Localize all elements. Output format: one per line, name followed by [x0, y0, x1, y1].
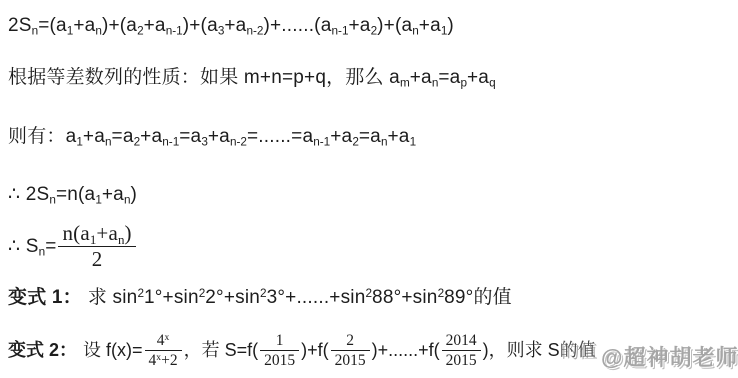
variation-1-line: 变式 1：求 sin21°+sin22°+sin23°+......+sin28… — [8, 287, 512, 309]
sn-fraction-denominator: 2 — [88, 247, 107, 271]
sn-formula-prefix: ∴ Sn= — [8, 236, 56, 258]
fraction-2014-numerator: 2014 — [442, 332, 481, 351]
fraction-1-numerator: 1 — [260, 332, 299, 351]
fx-definition-fraction: 4x 4x+2 — [145, 332, 182, 369]
formula-2sn-expansion: 2Sn=(a1+an)+(a2+an-1)+(a3+an-2)+......(a… — [8, 15, 454, 37]
variation-1-body: 求 sin21°+sin22°+sin23°+......+sin288°+si… — [88, 287, 512, 308]
fraction-2-denominator: 2015 — [331, 351, 370, 369]
fraction-1-denominator: 2015 — [260, 351, 299, 369]
variation-2-if-segment: ，若 S=f( — [184, 340, 259, 361]
fx-fraction-numerator: 4x — [145, 332, 182, 351]
sn-fraction-numerator: n(a1+an) — [58, 222, 135, 247]
variation-2-label: 变式 2： — [8, 340, 77, 361]
fraction-2014-denominator: 2015 — [442, 351, 481, 369]
author-watermark: @超神胡老师 — [601, 341, 738, 372]
variation-2-plus-segment: )+f( — [301, 340, 329, 361]
variation-2-intro: 设 f(x)= — [83, 340, 143, 361]
arithmetic-property-statement: 根据等差数列的性质：如果 m+n=p+q，那么 am+an=ap+aq — [8, 67, 496, 89]
fraction-2-numerator: 2 — [331, 332, 370, 351]
variation-2-line: 变式 2： 设 f(x)= 4x 4x+2 ，若 S=f( 1 2015 )+f… — [8, 332, 596, 369]
math-notes-page: 2Sn=(a1+an)+(a2+an-1)+(a3+an-2)+......(a… — [0, 0, 738, 378]
variation-2-then-segment: )，则求 S — [483, 340, 560, 361]
fraction-2-over-2015: 2 2015 — [331, 332, 370, 369]
variation-1-label: 变式 1： — [8, 287, 82, 308]
fx-fraction-denominator: 4x+2 — [145, 351, 182, 369]
equal-pair-sums-line: 则有：a1+an=a2+an-1=a3+an-2=......=an-1+a2=… — [8, 126, 416, 148]
therefore-sn-fraction-formula: ∴ Sn= n(a1+an) 2 — [8, 222, 138, 271]
variation-2-dots-segment: )+......+f( — [372, 340, 440, 361]
therefore-2sn-formula: ∴ 2Sn=n(a1+an) — [8, 184, 137, 206]
sn-fraction: n(a1+an) 2 — [58, 222, 135, 271]
variation-2-tail-overlapped: 的值 — [560, 340, 596, 361]
fraction-1-over-2015: 1 2015 — [260, 332, 299, 369]
fraction-2014-over-2015: 2014 2015 — [442, 332, 481, 369]
